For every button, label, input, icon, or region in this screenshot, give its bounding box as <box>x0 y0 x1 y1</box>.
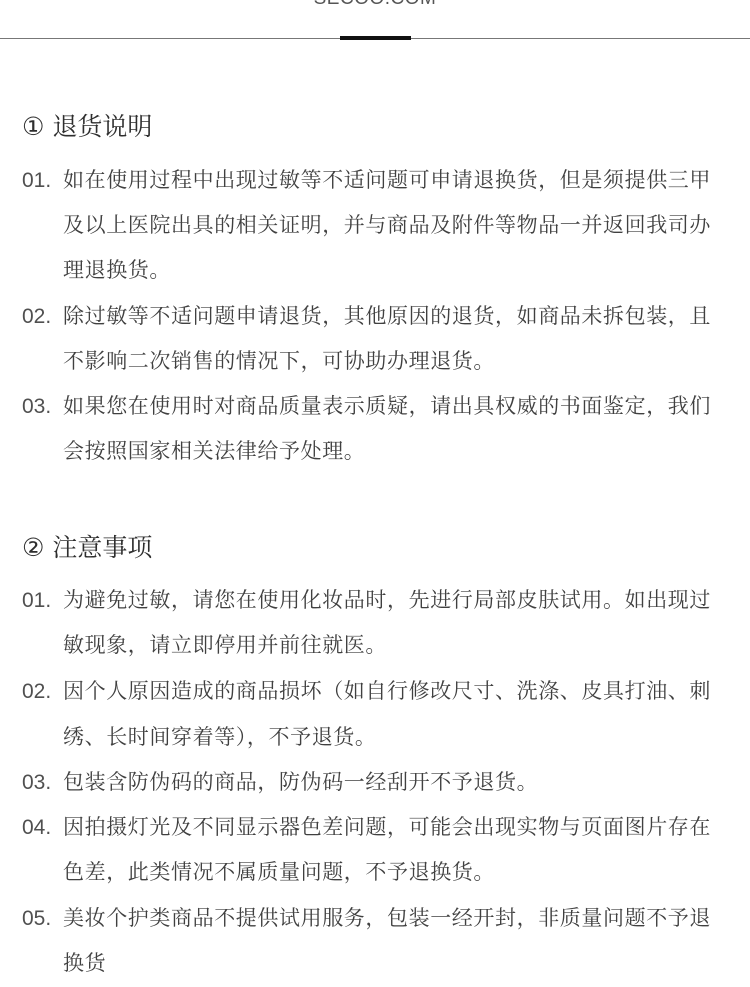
item-text: 色差，此类情况不属质量问题，不予退换货。 <box>63 850 495 895</box>
header-divider-accent <box>340 36 411 40</box>
brand-logo-text: SECOO.COM <box>0 0 750 10</box>
item-index: 04. <box>22 805 51 850</box>
section-heading: ①退货说明 <box>22 110 152 144</box>
list-item-continuation: 不影响二次销售的情况下，可协助办理退货。 <box>0 339 750 384</box>
item-text: 如在使用过程中出现过敏等不适问题可申请退换货，但是须提供三甲 <box>63 158 711 203</box>
item-text: 及以上医院出具的相关证明，并与商品及附件等物品一并返回我司办 <box>63 203 711 248</box>
section-heading: ②注意事项 <box>22 531 152 565</box>
item-text: 除过敏等不适问题申请退货，其他原因的退货，如商品未拆包装，且 <box>63 294 711 339</box>
item-text: 包装含防伪码的商品，防伪码一经刮开不予退货。 <box>63 760 538 805</box>
item-text: 因拍摄灯光及不同显示器色差问题，可能会出现实物与页面图片存在 <box>63 805 711 850</box>
item-text: 因个人原因造成的商品损坏（如自行修改尺寸、洗涤、皮具打油、刺 <box>63 669 711 714</box>
list-item: 03. 包装含防伪码的商品，防伪码一经刮开不予退货。 <box>0 760 750 805</box>
list-item-continuation: 及以上医院出具的相关证明，并与商品及附件等物品一并返回我司办 <box>0 203 750 248</box>
item-text: 美妆个护类商品不提供试用服务，包装一经开封，非质量问题不予退 <box>63 896 711 941</box>
item-text: 为避免过敏，请您在使用化妆品时，先进行局部皮肤试用。如出现过 <box>63 578 711 623</box>
item-index: 03. <box>22 760 51 805</box>
item-text: 换货 <box>63 941 106 986</box>
list-item: 03. 如果您在使用时对商品质量表示质疑，请出具权威的书面鉴定，我们 <box>0 384 750 429</box>
list-item-continuation: 敏现象，请立即停用并前往就医。 <box>0 623 750 668</box>
circled-number-one: ① <box>22 112 44 141</box>
list-item-continuation: 换货 <box>0 941 750 986</box>
list-item: 05. 美妆个护类商品不提供试用服务，包装一经开封，非质量问题不予退 <box>0 896 750 941</box>
list-item-continuation: 绣、长时间穿着等），不予退货。 <box>0 715 750 760</box>
list-item-continuation: 色差，此类情况不属质量问题，不予退换货。 <box>0 850 750 895</box>
item-index: 02. <box>22 669 51 714</box>
list-item: 02. 因个人原因造成的商品损坏（如自行修改尺寸、洗涤、皮具打油、刺 <box>0 669 750 714</box>
item-text: 理退换货。 <box>63 248 171 293</box>
item-index: 02. <box>22 294 51 339</box>
list-item: 01. 如在使用过程中出现过敏等不适问题可申请退换货，但是须提供三甲 <box>0 158 750 203</box>
list-item: 01. 为避免过敏，请您在使用化妆品时，先进行局部皮肤试用。如出现过 <box>0 578 750 623</box>
section-title: 退货说明 <box>52 112 152 141</box>
item-text: 敏现象，请立即停用并前往就医。 <box>63 623 387 668</box>
item-index: 03. <box>22 384 51 429</box>
circled-number-two: ② <box>22 533 44 562</box>
list-item: 04. 因拍摄灯光及不同显示器色差问题，可能会出现实物与页面图片存在 <box>0 805 750 850</box>
list-item-continuation: 会按照国家相关法律给予处理。 <box>0 429 750 474</box>
item-text: 不影响二次销售的情况下，可协助办理退货。 <box>63 339 495 384</box>
item-text: 绣、长时间穿着等），不予退货。 <box>63 715 377 760</box>
item-index: 01. <box>22 158 51 203</box>
item-text: 会按照国家相关法律给予处理。 <box>63 429 365 474</box>
item-text: 如果您在使用时对商品质量表示质疑，请出具权威的书面鉴定，我们 <box>63 384 711 429</box>
section-title: 注意事项 <box>52 533 152 562</box>
item-index: 05. <box>22 896 51 941</box>
item-index: 01. <box>22 578 51 623</box>
list-item: 02. 除过敏等不适问题申请退货，其他原因的退货，如商品未拆包装，且 <box>0 294 750 339</box>
list-item-continuation: 理退换货。 <box>0 248 750 293</box>
